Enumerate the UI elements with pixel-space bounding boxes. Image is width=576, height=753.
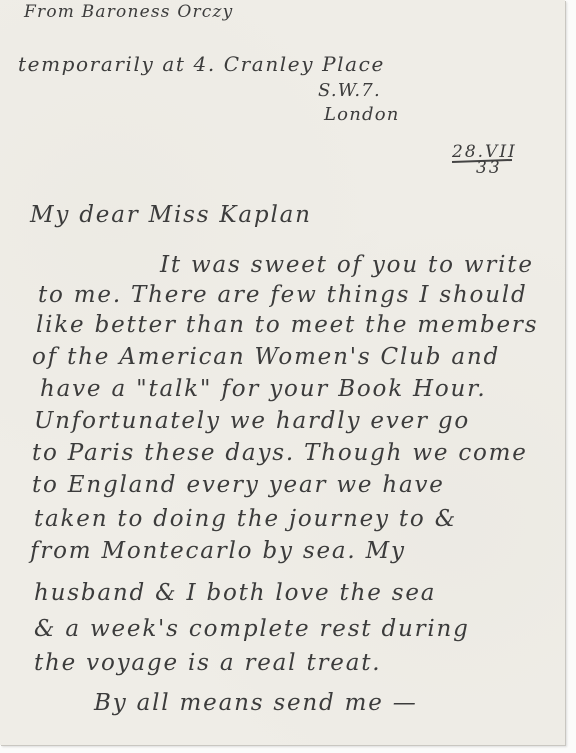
sender-line: From Baroness Orczy <box>24 2 233 22</box>
salutation: My dear Miss Kaplan <box>30 202 312 228</box>
body-line: have a "talk" for your Book Hour. <box>40 376 487 402</box>
body-line: Unfortunately we hardly ever go <box>34 408 470 434</box>
letter-scan: From Baroness Orczy temporarily at 4. Cr… <box>0 0 576 753</box>
body-line: like better than to meet the members <box>36 312 538 338</box>
body-line: & a week's complete rest during <box>34 616 470 642</box>
body-line: By all means send me — <box>94 690 418 716</box>
body-line: to me. There are few things I should <box>38 282 528 308</box>
address-line-2: S.W.7. <box>318 80 381 101</box>
body-line: of the American Women's Club and <box>32 344 500 370</box>
address-line-1: temporarily at 4. Cranley Place <box>18 52 385 76</box>
body-line: from Montecarlo by sea. My <box>30 538 406 564</box>
body-line: to England every year we have <box>32 472 445 498</box>
date-year: 33 <box>476 158 502 178</box>
letter-paper: From Baroness Orczy temporarily at 4. Cr… <box>0 0 565 745</box>
body-line: to Paris these days. Though we come <box>32 440 528 466</box>
address-line-3: London <box>324 104 400 125</box>
body-line: husband & I both love the sea <box>34 580 436 606</box>
body-line: It was sweet of you to write <box>160 252 534 278</box>
body-line: taken to doing the journey to & <box>34 506 457 532</box>
body-line: the voyage is a real treat. <box>34 650 381 676</box>
